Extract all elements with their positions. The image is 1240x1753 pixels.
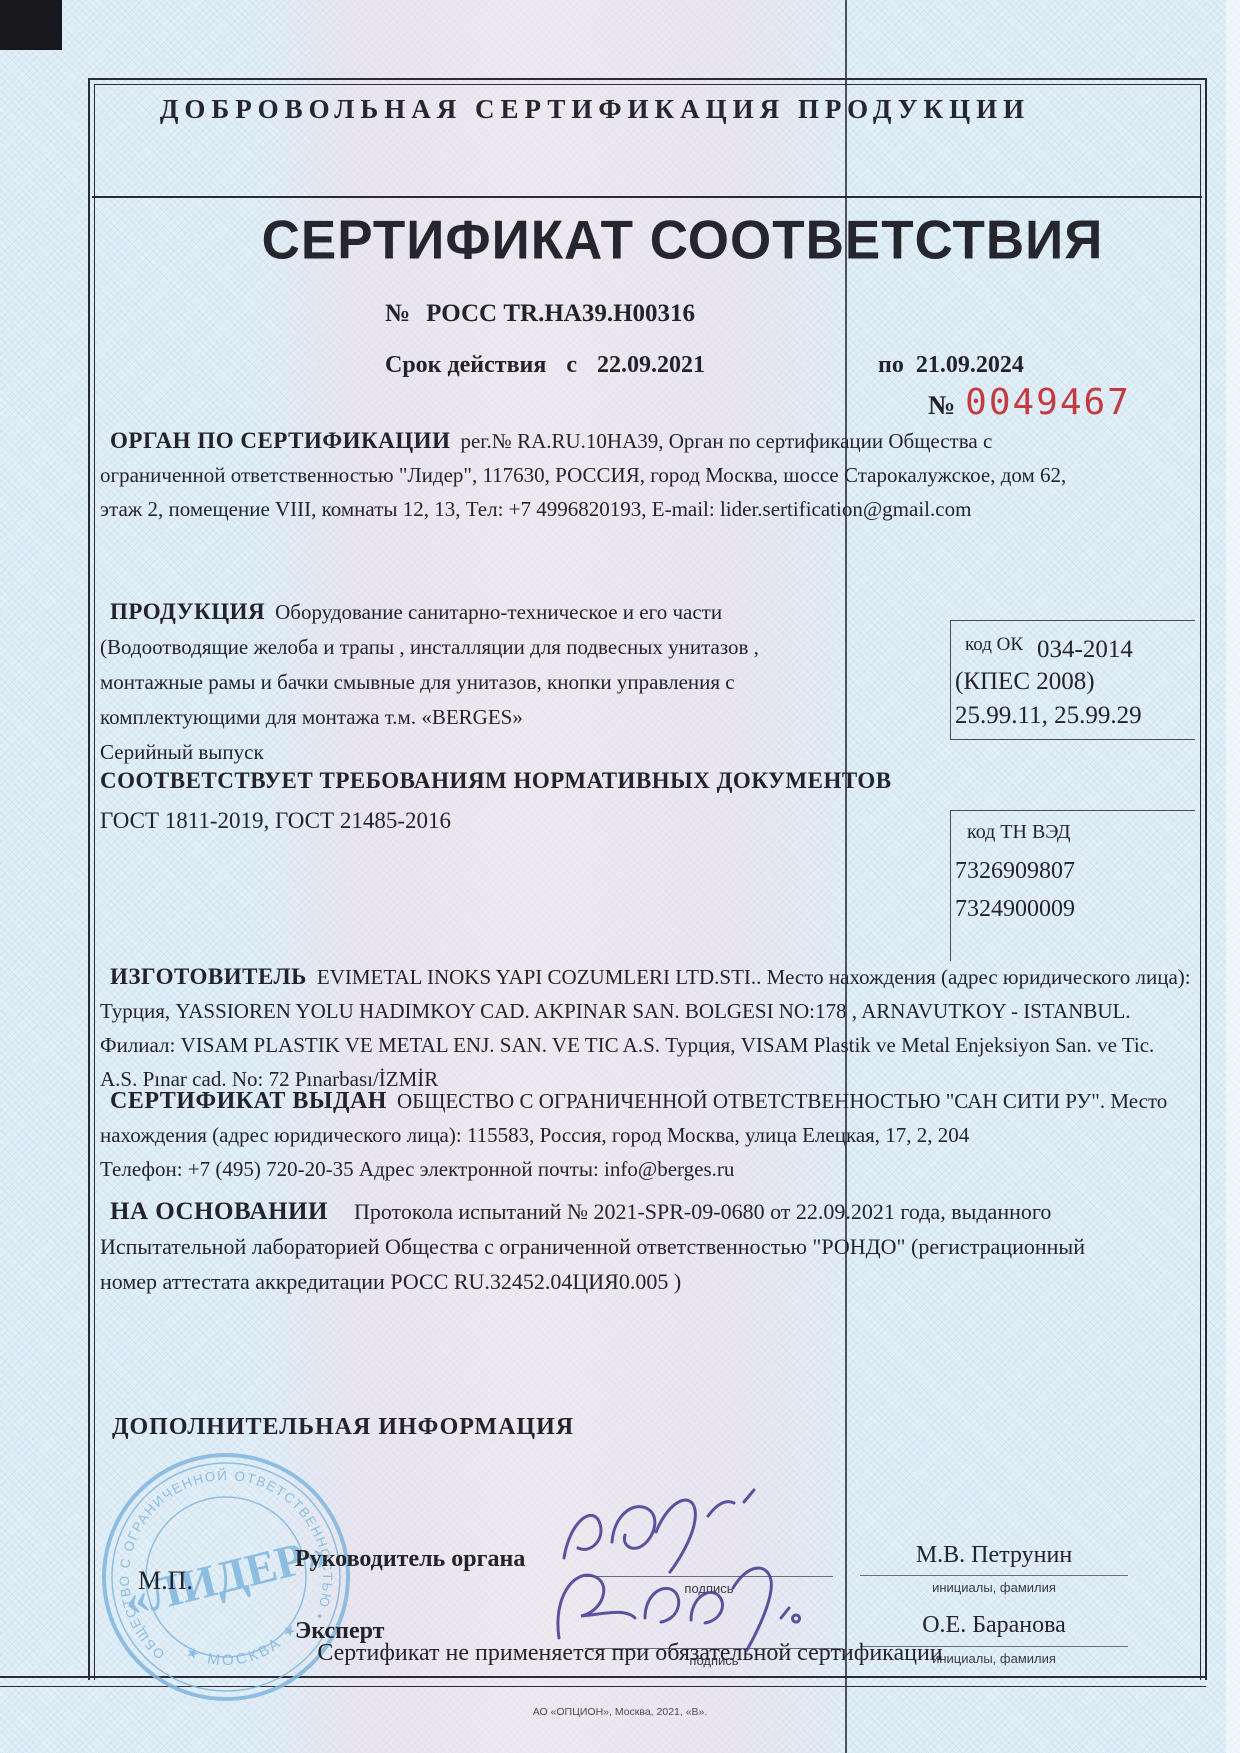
band-title: ДОБРОВОЛЬНАЯ СЕРТИФИКАЦИЯ ПРОДУКЦИИ [90, 94, 1100, 125]
expert-name: О.Е. Баранова [860, 1612, 1128, 1639]
validity-to-row: по 21.09.2024 [878, 352, 1024, 379]
ok-code-kpes: (КПЕС 2008) [951, 665, 1195, 699]
blank-number-row: № 0049467 [928, 382, 1131, 423]
blank-number-sign: № [928, 390, 955, 421]
number-sign: № [385, 300, 410, 328]
scan-corner-artifact [0, 0, 62, 50]
validity-to-prefix: по [878, 352, 904, 379]
head-name-line [860, 1575, 1128, 1576]
product-paragraph: ПРОДУКЦИЯОборудование санитарно-техничес… [100, 594, 848, 770]
head-role-label: Руководитель органа [295, 1546, 525, 1573]
ok-code-box: код ОК 034-2014 (КПЕС 2008) 25.99.11, 25… [950, 620, 1195, 740]
blank-number-value: 0049467 [965, 382, 1131, 423]
document-title: СЕРТИФИКАТ СООТВЕТСТВИЯ [160, 209, 1205, 272]
issued-to-contact: Телефон: +7 (495) 720-20-35 Адрес электр… [100, 1157, 734, 1181]
basis-paragraph: НА ОСНОВАНИИПротокола испытаний № 2021-S… [100, 1194, 1130, 1299]
ok-code-label: код ОК [965, 634, 1023, 656]
validity-from-date: 22.09.2021 [597, 352, 705, 379]
stamp-place-label: М.П. [138, 1566, 193, 1596]
head-name-caption: инициалы, фамилия [860, 1580, 1128, 1595]
standards-list: ГОСТ 1811-2019, ГОСТ 21485-2016 [100, 808, 451, 834]
conformity-label: СООТВЕТСТВУЕТ ТРЕБОВАНИЯМ НОРМАТИВНЫХ ДО… [100, 768, 892, 794]
product-label: ПРОДУКЦИЯ [110, 599, 265, 624]
expert-signature [545, 1556, 815, 1661]
print-house-footer: АО «ОПЦИОН», Москва, 2021, «В». [0, 1706, 1240, 1718]
tnved-label: код ТН ВЭД [951, 811, 1195, 844]
product-serial-type: Серийный выпуск [100, 740, 264, 764]
certificate-number: РОСС TR.HA39.H00316 [426, 300, 695, 328]
certificate-number-row: № РОСС TR.HA39.H00316 [385, 300, 695, 328]
validity-label: Срок действия [385, 352, 546, 379]
ok-code-numbers: 25.99.11, 25.99.29 [951, 699, 1195, 733]
issued-to-paragraph: СЕРТИФИКАТ ВЫДАНОБЩЕСТВО С ОГРАНИЧЕННОЙ … [100, 1084, 1192, 1186]
certification-body-paragraph: ОРГАН ПО СЕРТИФИКАЦИИрег.№ RA.RU.10HA39,… [100, 424, 1100, 526]
manufacturer-label: ИЗГОТОВИТЕЛЬ [110, 964, 307, 989]
manufacturer-paragraph: ИЗГОТОВИТЕЛЬEVIMETAL INOKS YAPI COZUMLER… [100, 960, 1192, 1096]
basis-label: НА ОСНОВАНИИ [110, 1198, 328, 1225]
ok-code-value: 034-2014 [1037, 636, 1133, 664]
tnved-code-1: 7326909807 [951, 852, 1195, 890]
page-fold-line [845, 0, 847, 1753]
head-name: М.В. Петрунин [860, 1542, 1128, 1569]
scan-edge [1226, 0, 1240, 1753]
issued-to-label: СЕРТИФИКАТ ВЫДАН [110, 1088, 387, 1114]
tnved-code-2: 7324900009 [951, 890, 1195, 928]
tnved-code-box: код ТН ВЭД 7326909807 7324900009 [950, 810, 1195, 961]
validity-from-prefix: с [566, 352, 577, 379]
additional-info-label: ДОПОЛНИТЕЛЬНАЯ ИНФОРМАЦИЯ [112, 1414, 574, 1441]
validity-from-row: Срок действия с 22.09.2021 [385, 352, 705, 379]
certificate-page: ДОБРОВОЛЬНАЯ СЕРТИФИКАЦИЯ ПРОДУКЦИИ СЕРТ… [0, 0, 1240, 1753]
validity-to-date: 21.09.2024 [916, 352, 1024, 379]
certification-body-label: ОРГАН ПО СЕРТИФИКАЦИИ [110, 428, 450, 453]
header-divider [92, 196, 1202, 198]
